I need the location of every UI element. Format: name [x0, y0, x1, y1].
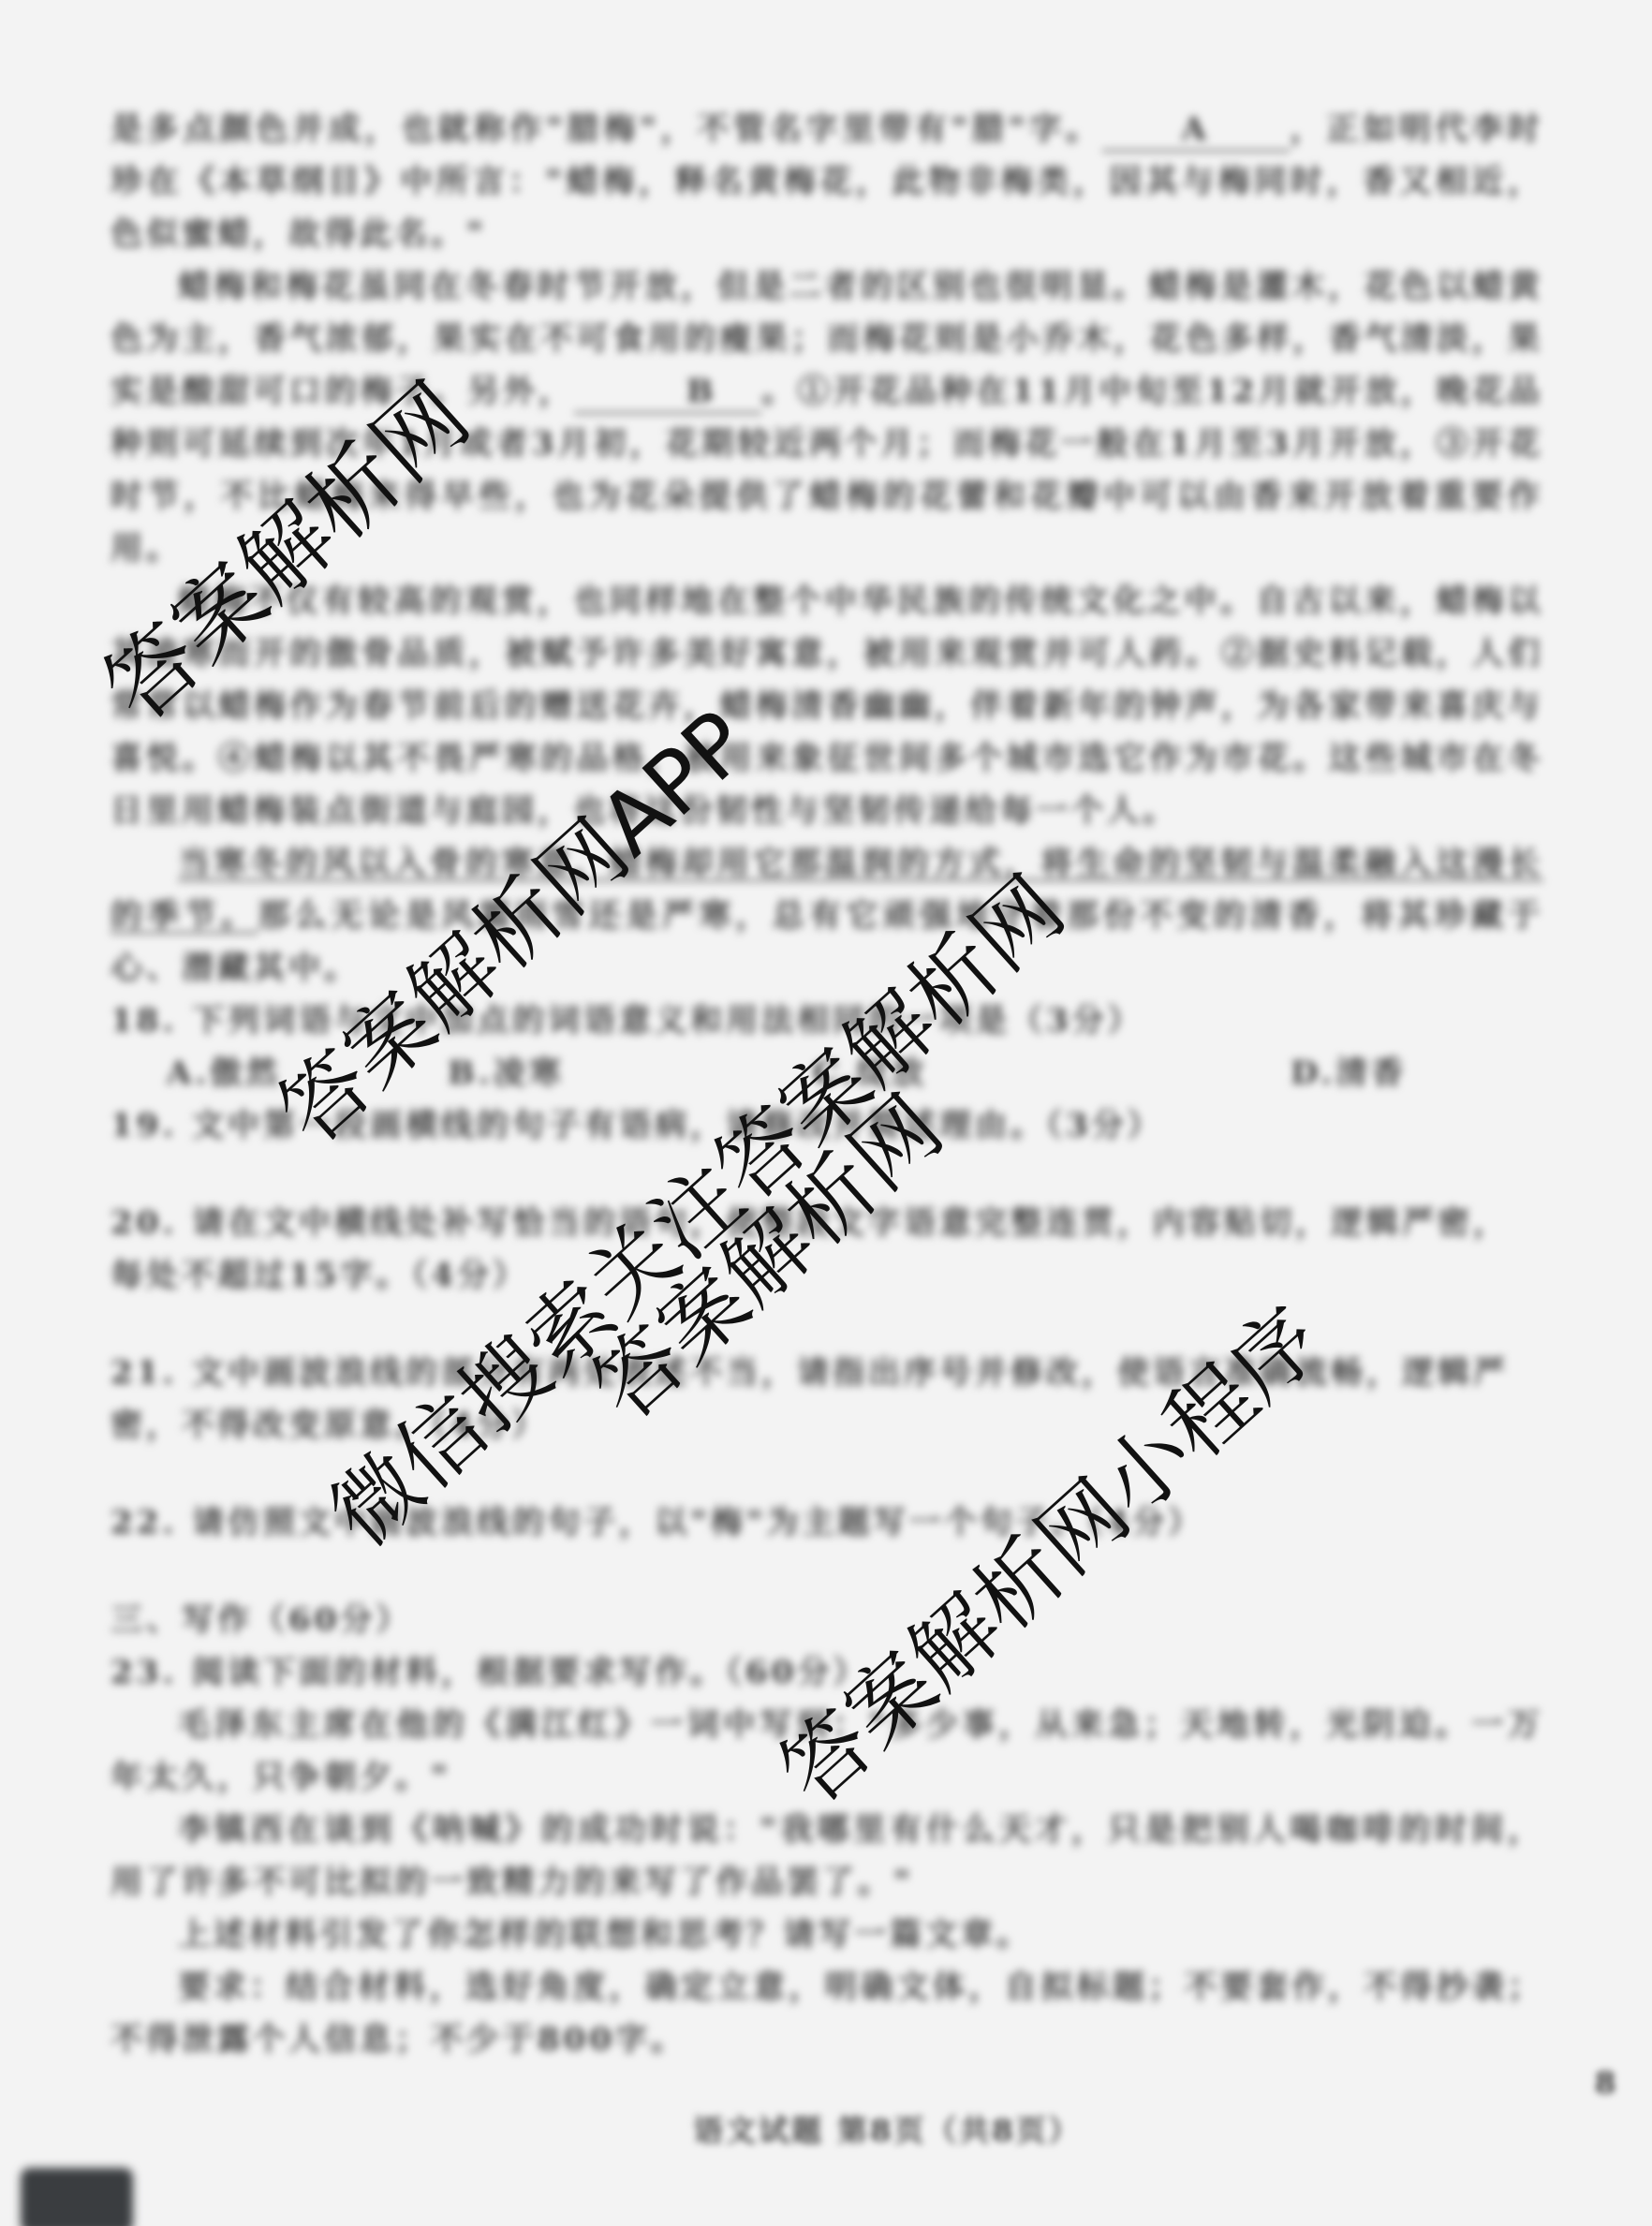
question-number: 18.	[111, 1002, 177, 1039]
fill-blank-a: A	[1102, 109, 1290, 152]
writing-requirements: 要求：结合材料，选好角度，确定立意，明确文体，自拟标题；不要套作，不得抄袭；不得…	[111, 1961, 1543, 2066]
question-number: 19.	[111, 1107, 177, 1144]
passage-paragraph-4: 当寒冬的风以入骨的寒意，蜡梅却用它那温润的方式，将生命的坚韧与温柔融入这漫长的季…	[111, 837, 1543, 995]
question-number: 20.	[111, 1204, 177, 1242]
question-number: 23.	[111, 1654, 177, 1691]
passage-paragraph-1: 是多点颜色并成，也就称作"腊梅"，不管名字里带有"腊"字。A，正如明代李时珍在《…	[111, 103, 1543, 260]
question-text: 阅读下面的材料，根据要求写作。（60分）	[192, 1654, 868, 1691]
thumbnail-overlay	[21, 2168, 133, 2226]
question-number: 22.	[111, 1504, 177, 1541]
fill-blank-b: B	[574, 371, 761, 414]
writing-material-3: 上述材料引发了你怎样的联想和思考？请写一篇文章。	[111, 1909, 1543, 1961]
answer-space	[111, 1549, 1543, 1594]
question-number: 21.	[111, 1354, 177, 1392]
option-d: D.清香	[1291, 1047, 1407, 1099]
page-footer: 语文试题 第8页（共8页）	[693, 2107, 1082, 2150]
writing-section-heading: 三、写作（60分）	[111, 1594, 1543, 1646]
paragraph-text: 那么无论是风霜雨雪还是严寒，总有它顽强地守着那份不变的清香，将其珍藏于心、潜藏其…	[111, 897, 1543, 987]
answer-space	[111, 1302, 1543, 1347]
paragraph-text: 是多点颜色并成，也就称作"腊梅"，不管名字里带有"腊"字。	[111, 111, 1102, 148]
passage-paragraph-3: 蜡梅不仅有较高的观赏，也同样地在整个中华民族的传统文化之中。自古以来，蜡梅以其凌…	[111, 575, 1543, 837]
page-number: 8	[1595, 2065, 1615, 2101]
